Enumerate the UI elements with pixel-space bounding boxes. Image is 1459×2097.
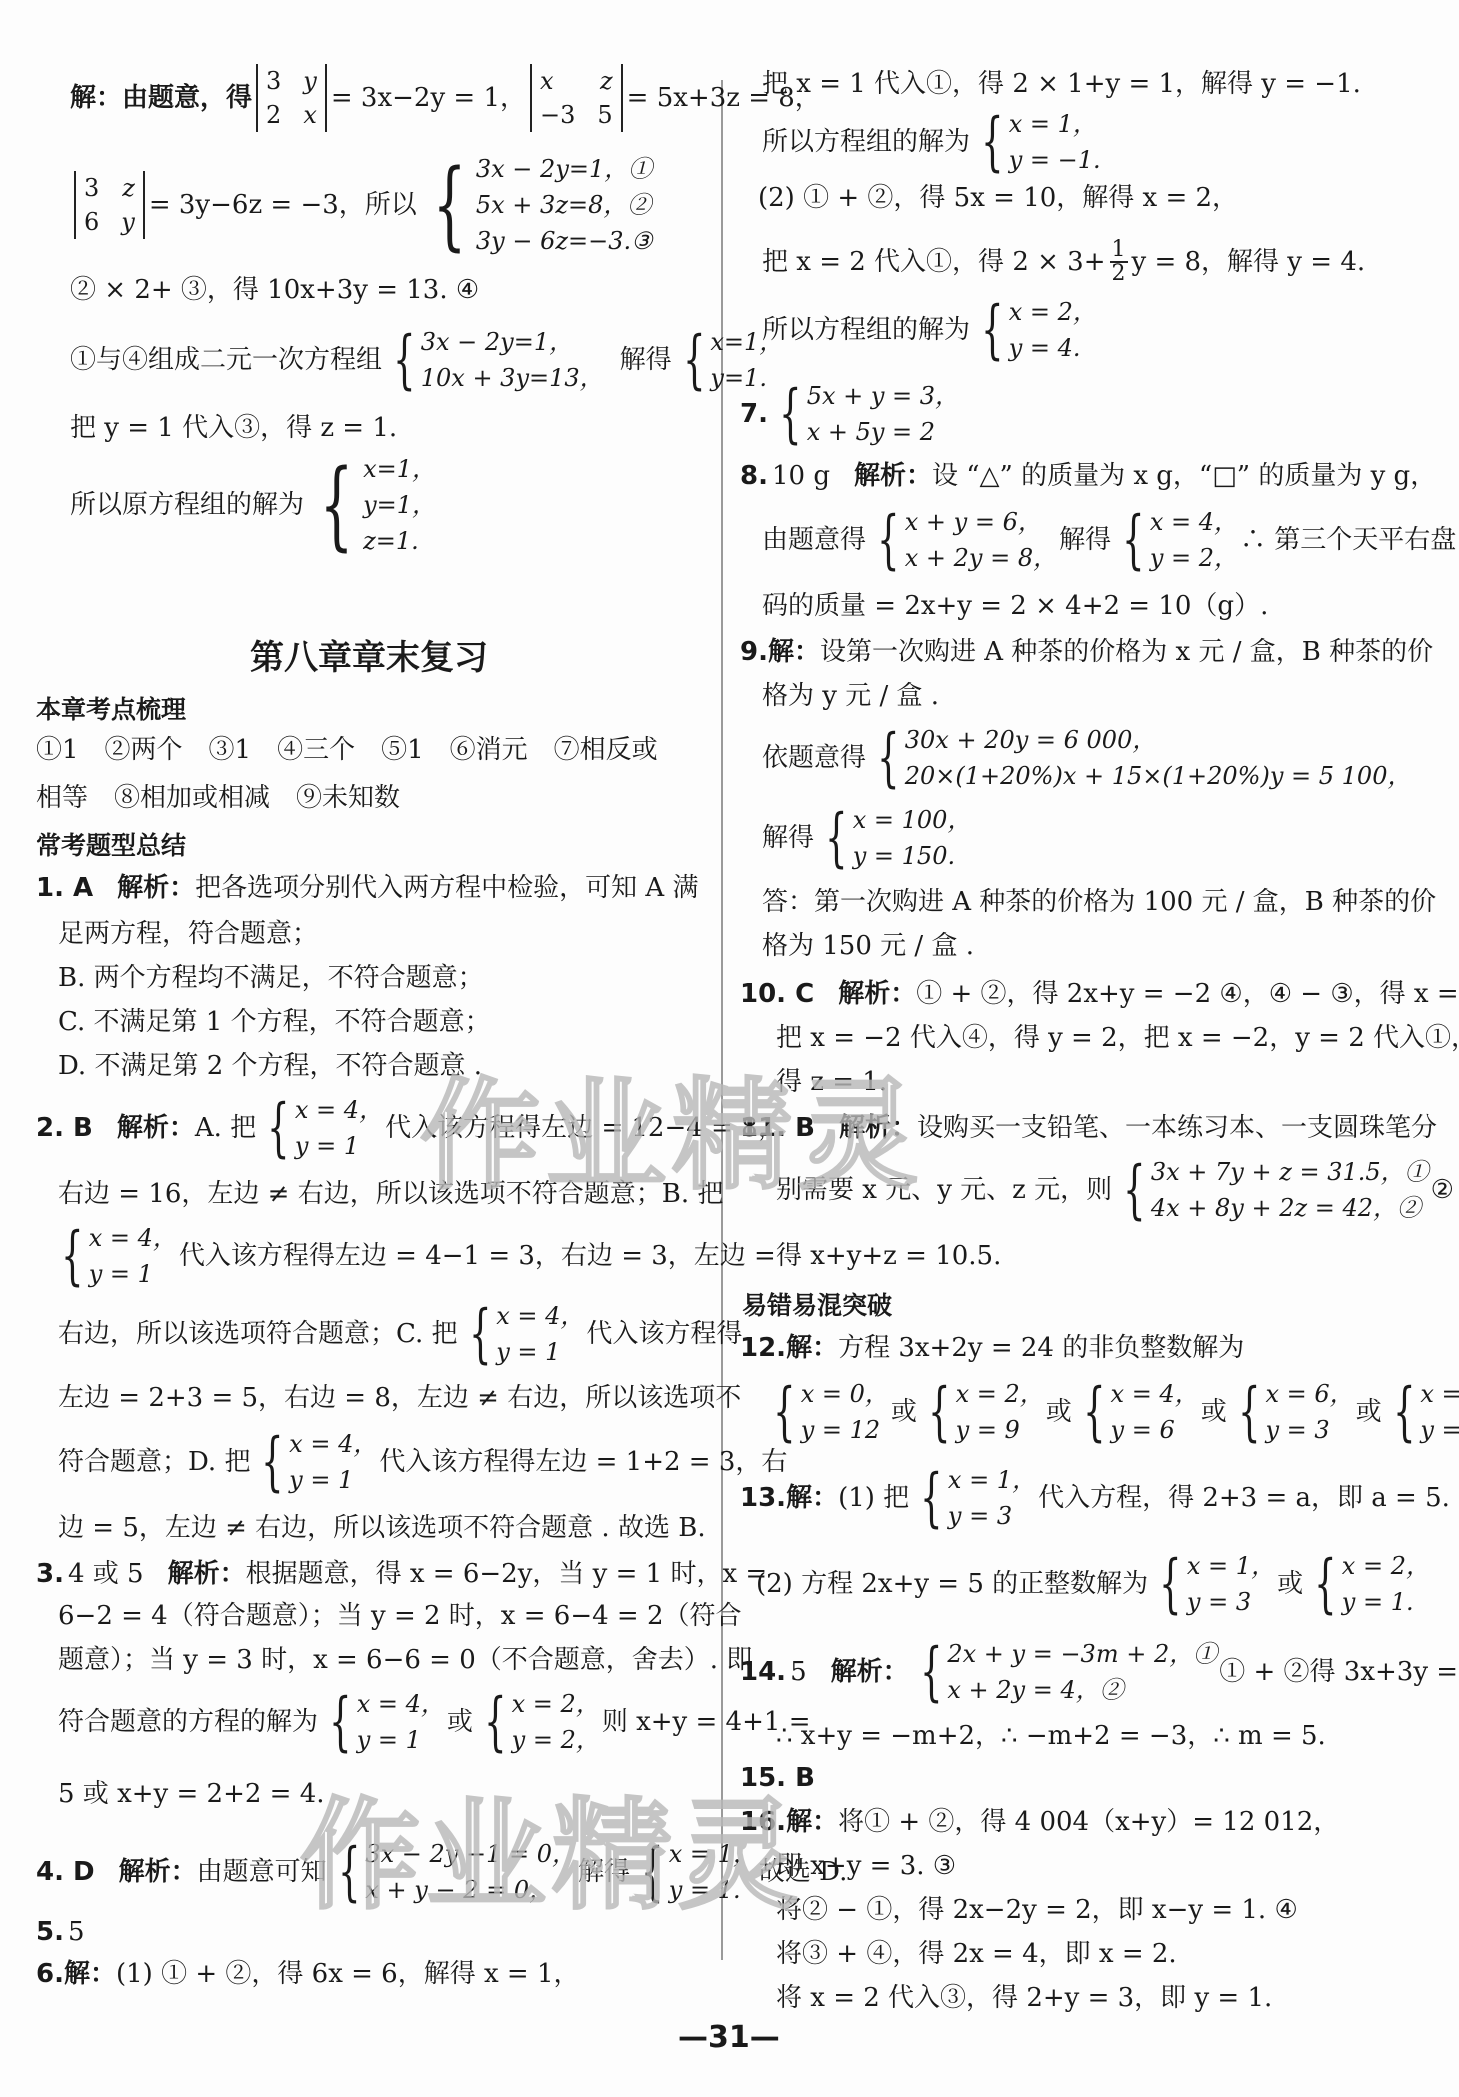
- q2-line-6: 符合题意；D. 把 { x = 4，y = 1 代入该方程得左边 = 1+2 =…: [58, 1424, 787, 1500]
- equation-system: { 30x + 20y = 6 000，20×(1+20%)x + 15×(1+…: [868, 722, 1411, 794]
- analysis-label: 解析：: [839, 1110, 917, 1146]
- brace-icon: {: [1393, 1380, 1415, 1444]
- q16-line-3: 将② − ①，得 2x−2y = 2，即 x−y = 1. ④: [776, 1892, 1298, 1928]
- brace-icon: {: [641, 1840, 663, 1904]
- question-number: 14.: [740, 1654, 786, 1690]
- analysis-label: 解析：: [117, 1110, 195, 1146]
- question-number: 8.: [740, 458, 768, 494]
- q16-line-4: 将③ + ④，得 2x = 4，即 x = 2.: [776, 1936, 1177, 1972]
- question-number: 6.: [36, 1956, 64, 1992]
- question-number: 10. C: [740, 976, 814, 1012]
- q16-line-5: 将 x = 2 代入③，得 2+y = 3，即 y = 1.: [776, 1980, 1272, 2016]
- question-number: 13.: [740, 1480, 786, 1516]
- question-number: 15. B: [740, 1760, 815, 1796]
- brace-icon: {: [262, 1430, 284, 1494]
- question-number: 4. D: [36, 1854, 95, 1890]
- brace-icon: {: [61, 1224, 83, 1288]
- brace-icon: {: [1083, 1380, 1105, 1444]
- brace-icon: {: [1238, 1380, 1260, 1444]
- q15-line: 15. B: [740, 1760, 815, 1796]
- answer-page: 解：由题意，得 3y 2x = 3x−2y = 1， xz −35 = 5x+3…: [0, 0, 1459, 2097]
- q10-line-3: 得 z = 1.: [776, 1064, 887, 1100]
- analysis-label: 解析：: [831, 1654, 909, 1690]
- brace-icon: {: [779, 382, 801, 446]
- equation-system: { x + y = 6，x + 2y = 8，: [868, 504, 1057, 576]
- equation-system: { x = 2，y = 2，: [475, 1686, 600, 1758]
- q3-line-1: 3. 4 或 5 解析： 根据题意，得 x = 6−2y，当 y = 1 时，x…: [36, 1556, 767, 1592]
- brace-icon: {: [267, 1096, 289, 1160]
- equation-system: {x = 6，y = 3: [1229, 1376, 1354, 1448]
- prev-solution-line-2: 3z 6y = 3y−6z = −3，所以 { 3x − 2y=1，① 5x +…: [70, 150, 655, 260]
- brace-icon: {: [320, 457, 354, 553]
- equation-system: { 3x + 7y + z = 31.5，①4x + 8y + 2z = 42，…: [1114, 1154, 1429, 1226]
- q6-cont-line-1: 把 x = 1 代入①，得 2 × 1+y = 1，解得 y = −1.: [762, 66, 1361, 102]
- brace-icon: {: [1123, 1158, 1145, 1222]
- prev-solution-line-1: 解：由题意，得 3y 2x = 3x−2y = 1， xz −35 = 5x+3…: [70, 64, 821, 132]
- analysis-label: 解析：: [119, 1854, 197, 1890]
- q9-line-6: 格为 150 元 / 盒 .: [762, 928, 974, 964]
- equation-system: { x = 1，y = 1.: [632, 1836, 757, 1908]
- solution-label: 解：: [786, 1804, 838, 1840]
- key-points-line-2: 相等 ⑧相加或相减 ⑨未知数: [36, 780, 400, 816]
- equation-system: { x = 4，y = 2，: [1113, 504, 1238, 576]
- question-number: 16.: [740, 1804, 786, 1840]
- equation-system: {x = 2，y = 1.: [1305, 1548, 1430, 1620]
- q12-solutions: {x = 0，y = 12 或 {x = 2，y = 9 或 {x = 4，y …: [762, 1372, 1459, 1452]
- q6-cont-line-4: 把 x = 2 代入①，得 2 × 3+ 1 2 y = 8，解得 y = 4.: [762, 232, 1365, 292]
- q8-line-1: 8. 10 g 解析： 设 “△” 的质量为 x g，“□” 的质量为 y g，: [740, 458, 1436, 494]
- q3-line-4: 符合题意的方程的解为 { x = 4，y = 1 或 { x = 2，y = 2…: [58, 1684, 810, 1760]
- determinant-1: 3y 2x: [256, 64, 327, 132]
- q1-line-1: 1. A 解析： 把各选项分别代入两方程中检验，可知 A 满: [36, 870, 698, 906]
- equation-system: { 3x − 2y=1，10x + 3y=13，: [384, 324, 604, 396]
- equation-system: {x = 0，y = 12: [764, 1376, 889, 1448]
- q2-line-2: 右边 = 16，左边 ≠ 右边，所以该选项不符合题意；B. 把: [58, 1176, 723, 1212]
- brace-icon: {: [877, 726, 899, 790]
- brace-icon: {: [484, 1690, 506, 1754]
- analysis-label: 解析：: [117, 870, 195, 906]
- analysis-label: 解析：: [854, 458, 932, 494]
- equation-system: { x = 4，y = 1: [460, 1298, 585, 1370]
- section-title-key-points: 本章考点梳理: [36, 690, 186, 726]
- analysis-label: 解析：: [838, 976, 916, 1012]
- q14-line-2: ∴ x+y = −m+2，∴ −m+2 = −3，∴ m = 5.: [776, 1718, 1326, 1754]
- prev-solution-line-5: 把 y = 1 代入③，得 z = 1.: [70, 410, 397, 446]
- q13-line-2: (2) 方程 2x+y = 5 的正整数解为 {x = 1，y = 3 或 {x…: [756, 1544, 1432, 1624]
- equation-system: { 5x + y = 3，x + 5y = 2: [770, 378, 959, 450]
- section-title-common-questions: 常考题型总结: [36, 826, 186, 862]
- q3-line-2: 6−2 = 4（符合题意）；当 y = 2 时，x = 6−4 = 2（符合: [58, 1598, 742, 1634]
- q14-line-1: 14. 5 解析： {2x + y = −3m + 2，①x + 2y = 4，…: [740, 1632, 1459, 1712]
- brace-icon: {: [1314, 1552, 1336, 1616]
- q2-line-3: { x = 4，y = 1 代入该方程得左边 = 4−1 = 3，右边 = 3，…: [50, 1218, 776, 1294]
- q11-line-1: 11. B 解析： 设购买一支铅笔、一本练习本、一支圆珠笔分: [740, 1110, 1437, 1146]
- q9-line-5: 答：第一次购进 A 种茶的价格为 100 元 / 盒，B 种茶的价: [762, 884, 1436, 920]
- q1-line-3: B. 两个方程均不满足，不符合题意；: [58, 960, 484, 996]
- brace-icon: {: [683, 328, 705, 392]
- equation-system: { x = 4，y = 1: [52, 1220, 177, 1292]
- brace-icon: {: [393, 328, 415, 392]
- fraction: 1 2: [1110, 239, 1128, 285]
- question-number: 7.: [740, 396, 768, 432]
- q1-line-5: D. 不满足第 2 个方程，不符合题意 .: [58, 1048, 482, 1084]
- prev-solution-line-4: ①与④组成二元一次方程组 { 3x − 2y=1，10x + 3y=13， 解得…: [70, 320, 785, 400]
- page-number: —31—: [678, 2020, 780, 2055]
- prev-solution-line-3: ② × 2+ ③，得 10x+3y = 13. ④: [70, 272, 479, 308]
- equation-system: { x = 4，y = 1: [258, 1092, 383, 1164]
- q8-line-3: 码的质量 = 2x+y = 2 × 4+2 = 10（g）.: [762, 588, 1268, 624]
- q3-line-3: 题意）；当 y = 3 时，x = 6−6 = 0（不合题意，舍去）. 即: [58, 1642, 752, 1678]
- equation-system: {x = 4，y = 6: [1074, 1376, 1199, 1448]
- equation-system: { x = 2，y = 4.: [972, 294, 1097, 366]
- q2-line-7: 边 = 5，左边 ≠ 右边，所以该选项不符合题意 . 故选 B.: [58, 1510, 706, 1546]
- equation-system: { x = 1，y = −1.: [972, 106, 1101, 178]
- q2-line-4: 右边，所以该选项符合题意；C. 把 { x = 4，y = 1 代入该方程得: [58, 1296, 742, 1372]
- brace-icon: {: [773, 1380, 795, 1444]
- analysis-label: 解析：: [168, 1556, 246, 1592]
- q9-line-1: 9. 解： 设第一次购进 A 种茶的价格为 x 元 / 盒，B 种茶的价: [740, 634, 1433, 670]
- brace-icon: {: [433, 157, 467, 253]
- equation-system: { x = 100，y = 150.: [816, 802, 971, 874]
- q1-line-2: 足两方程，符合题意；: [58, 916, 318, 952]
- equation-system: {x = 1，y = 3: [911, 1462, 1036, 1534]
- q16-line-1: 16. 解： 将① + ②，得 4 004（x+y）= 12 012，: [740, 1804, 1339, 1840]
- solution-label: 解：: [64, 1956, 116, 1992]
- q4-line-1: 4. D 解析： 由题意可知 { 3x − 2y −1 = 0，x + y − …: [36, 1832, 847, 1912]
- equation-system: { 3x − 2y=1，① 5x + 3z=8，② 3y − 6z=−3.③: [419, 151, 653, 259]
- solution-label: 解：: [786, 1330, 838, 1366]
- q9-line-4: 解得 { x = 100，y = 150.: [762, 798, 973, 878]
- determinant-3: 3z 6y: [74, 171, 145, 239]
- brace-icon: {: [469, 1302, 491, 1366]
- brace-icon: {: [981, 298, 1003, 362]
- equation-system: { x=1，y=1，z=1.: [306, 451, 436, 559]
- q13-line-1: 13. 解： (1) 把 {x = 1，y = 3 代入方程，得 2+3 = a…: [740, 1458, 1459, 1538]
- q16-line-2: 即 x+y = 3. ③: [776, 1848, 956, 1884]
- q6-cont-line-2: 所以方程组的解为 { x = 1，y = −1.: [762, 104, 1103, 180]
- brace-icon: {: [1122, 508, 1144, 572]
- brace-icon: {: [928, 1380, 950, 1444]
- q6-cont-line-5: 所以方程组的解为 { x = 2，y = 4.: [762, 292, 1099, 368]
- q10-line-2: 把 x = −2 代入④，得 y = 2，把 x = −2，y = 2 代入①，: [776, 1020, 1459, 1056]
- brace-icon: {: [920, 1466, 942, 1530]
- q6-line-1: 6. 解： (1) ① + ②，得 6x = 6，解得 x = 1，: [36, 1956, 580, 1992]
- equation-system: {2x + y = −3m + 2，①x + 2y = 4，②: [911, 1636, 1218, 1708]
- section-title-common-mistakes: 易错易混突破: [742, 1286, 892, 1322]
- q9-line-3: 依题意得 { 30x + 20y = 6 000，20×(1+20%)x + 1…: [762, 718, 1413, 798]
- question-number: 9.: [740, 634, 768, 670]
- q3-line-5: 5 或 x+y = 2+2 = 4.: [58, 1776, 325, 1812]
- q5-line: 5. 5: [36, 1914, 85, 1950]
- q7-line: 7. { 5x + y = 3，x + 5y = 2: [740, 376, 961, 452]
- q10-line-1: 10. C 解析： ① + ②，得 2x+y = −2 ④，④ − ③，得 x …: [740, 976, 1459, 1012]
- q1-line-4: C. 不满足第 1 个方程，不符合题意；: [58, 1004, 491, 1040]
- prev-solution-line-6: 所以原方程组的解为 { x=1，y=1，z=1.: [70, 450, 438, 560]
- q9-line-2: 格为 y 元 / 盒 .: [762, 678, 939, 714]
- brace-icon: {: [981, 110, 1003, 174]
- brace-icon: {: [877, 508, 899, 572]
- brace-icon: {: [920, 1640, 942, 1704]
- chapter-title: 第八章章末复习: [250, 630, 488, 679]
- q8-line-2: 由题意得 { x + y = 6，x + 2y = 8， 解得 { x = 4，…: [762, 500, 1459, 580]
- brace-icon: {: [338, 1840, 360, 1904]
- q11-line-2: 别需要 x 元、y 元、z 元，则 { 3x + 7y + z = 31.5，①…: [776, 1150, 1459, 1230]
- equation-system: {x = 2，y = 9: [919, 1376, 1044, 1448]
- question-number: 2. B: [36, 1110, 93, 1146]
- q11-line-3: 得 x+y+z = 10.5.: [776, 1238, 1001, 1274]
- equation-system: { x = 4，y = 1: [320, 1686, 445, 1758]
- q12-line-1: 12. 解： 方程 3x+2y = 24 的非负整数解为: [740, 1330, 1244, 1366]
- brace-icon: {: [1159, 1552, 1181, 1616]
- equation-system: { x = 4，y = 1: [252, 1426, 377, 1498]
- determinant-2: xz −35: [530, 64, 623, 132]
- key-points-line-1: ①1 ②两个 ③1 ④三个 ⑤1 ⑥消元 ⑦相反或: [36, 732, 658, 768]
- solution-label: 解：由题意，得: [70, 80, 252, 116]
- q2-line-1: 2. B 解析： A. 把 { x = 4，y = 1 代入该方程得左边 = 1…: [36, 1090, 784, 1166]
- question-number: 1. A: [36, 870, 93, 906]
- equation-system: { 3x − 2y −1 = 0，x + y − 2 = 0，: [329, 1836, 576, 1908]
- question-number: 3.: [36, 1556, 64, 1592]
- question-number: 12.: [740, 1330, 786, 1366]
- q2-line-5: 左边 = 2+3 = 5，右边 = 8，左边 ≠ 右边，所以该选项不: [58, 1380, 741, 1416]
- brace-icon: {: [825, 806, 847, 870]
- q6-cont-line-3: (2) ① + ②，得 5x = 10，解得 x = 2，: [758, 180, 1238, 216]
- solution-label: 解：: [786, 1480, 838, 1516]
- question-number: 5.: [36, 1914, 64, 1950]
- solution-label: 解：: [768, 634, 820, 670]
- question-number: 11. B: [740, 1110, 815, 1146]
- brace-icon: {: [329, 1690, 351, 1754]
- equation-system: {x = 8，y = 0.: [1384, 1376, 1459, 1448]
- equation-system: {x = 1，y = 3: [1150, 1548, 1275, 1620]
